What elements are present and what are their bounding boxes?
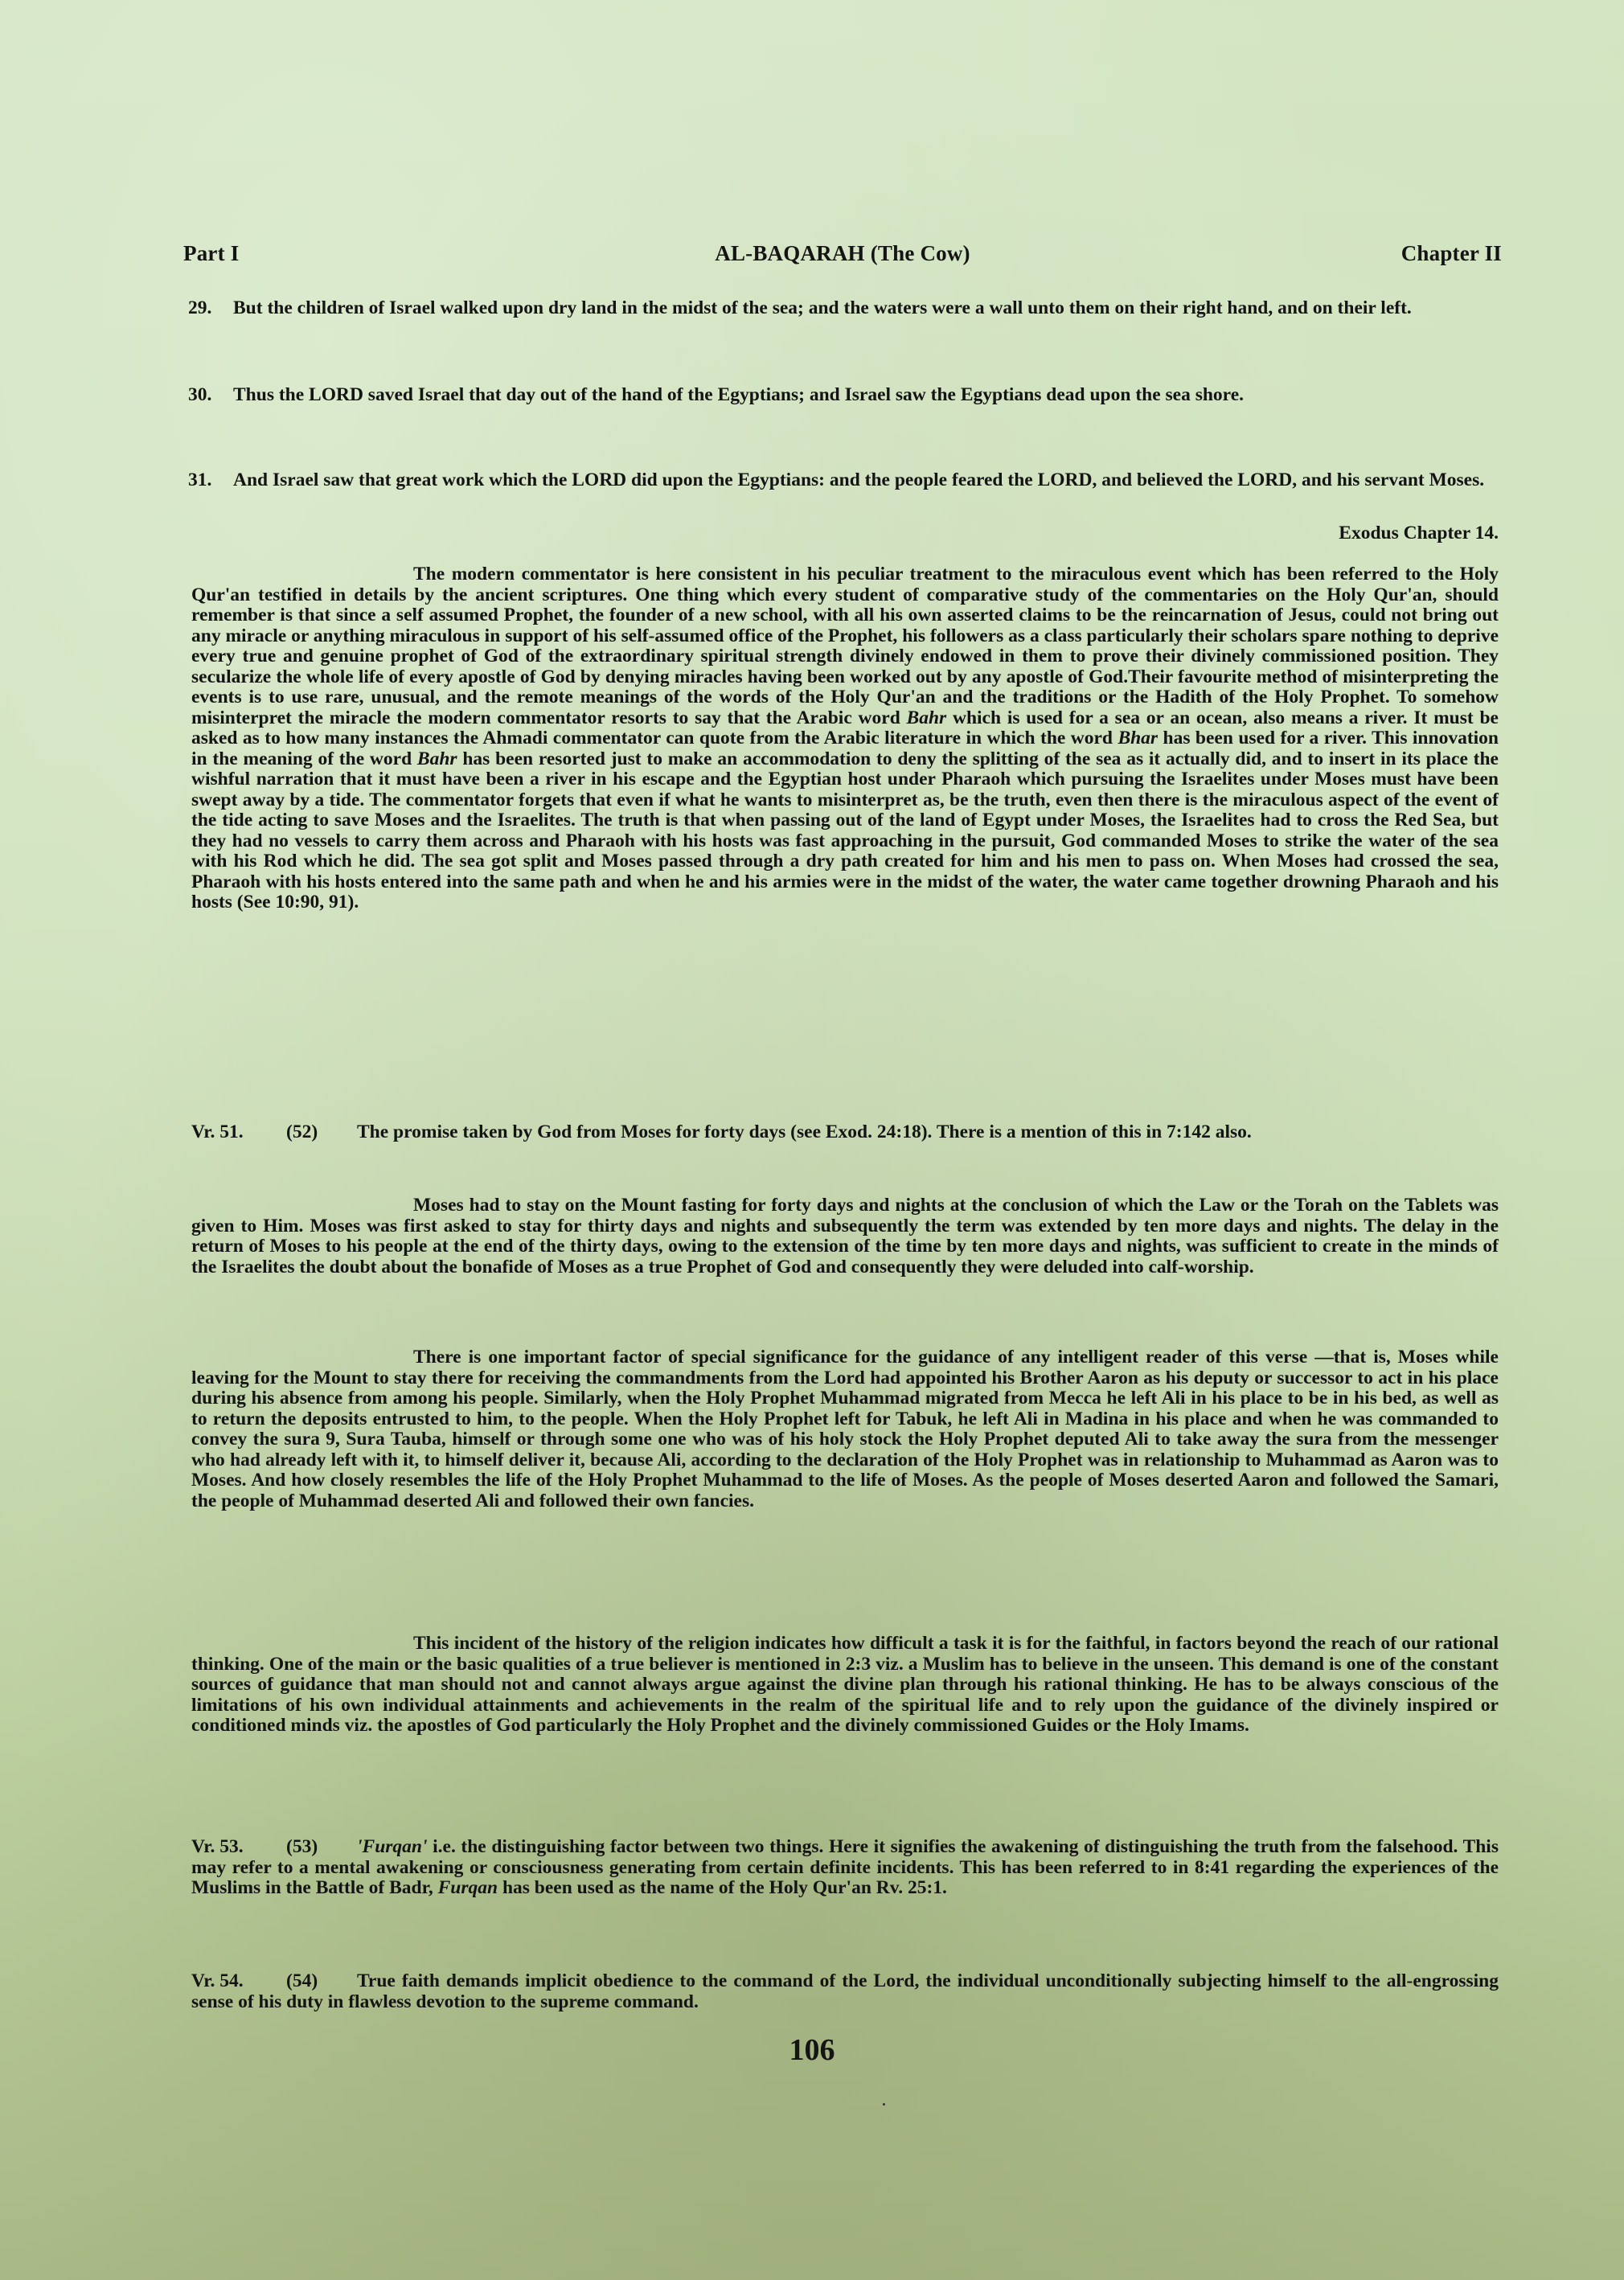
verse-ref: Vr. 53. [191,1837,286,1858]
note-54: Vr. 54.(54)True faith demands implicit o… [191,1971,1499,2012]
commentary-paragraph-2: Moses had to stay on the Mount fasting f… [191,1195,1499,1277]
commentary-text: has been resorted just to make an accomm… [191,748,1499,913]
verse-ref: Vr. 51. [191,1122,286,1143]
verse-text: And Israel saw that great work which the… [233,470,1484,490]
note-text: True faith demands implicit obedience to… [191,1970,1499,2012]
note-number: (53) [286,1837,357,1858]
arabic-term: 'Furqan' [357,1836,428,1857]
commentary-paragraph-1: The modern commentator is here consisten… [191,564,1499,913]
running-head: Part I AL-BAQARAH (The Cow) Chapter II [183,241,1502,273]
note-52: Vr. 51.(52)The promise taken by God from… [191,1122,1499,1143]
verse-number: 31. [188,470,211,490]
chapter-label: Chapter II [1401,241,1502,266]
note-53: Vr. 53.(53)'Furqan' i.e. the distinguish… [191,1837,1499,1899]
note-text: has been used as the name of the Holy Qu… [498,1877,947,1898]
arabic-term: Bahr [417,748,457,769]
arabic-term: Bahr [907,707,947,728]
commentary-paragraph-4: This incident of the history of the reli… [191,1634,1499,1737]
verse-text: Thus the LORD saved Israel that day out … [233,384,1244,405]
arabic-term: Bhar [1118,728,1158,748]
note-number: (52) [286,1122,357,1143]
verse-number: 30. [188,384,211,405]
print-speck [883,2103,885,2106]
note-number: (54) [286,1971,357,1992]
chapter-title: AL-BAQARAH (The Cow) [183,241,1502,266]
book-page: Part I AL-BAQARAH (The Cow) Chapter II 2… [0,0,1624,2280]
quoted-verse-31: 31. And Israel saw that great work which… [233,470,1489,490]
quoted-verse-30: 30. Thus the LORD saved Israel that day … [233,384,1489,405]
note-text: The promise taken by God from Moses for … [357,1122,1252,1142]
verse-number: 29. [188,297,211,318]
commentary-paragraph-3: There is one important factor of special… [191,1347,1499,1511]
verse-text: But the children of Israel walked upon d… [233,297,1412,318]
arabic-term: Furqan [438,1877,498,1898]
verse-ref: Vr. 54. [191,1971,286,1992]
page-number: 106 [0,2032,1624,2068]
quoted-verse-29: 29. But the children of Israel walked up… [233,297,1489,318]
commentary-text: The modern commentator is here consisten… [191,564,1499,728]
scripture-reference: Exodus Chapter 14. [1339,523,1499,544]
